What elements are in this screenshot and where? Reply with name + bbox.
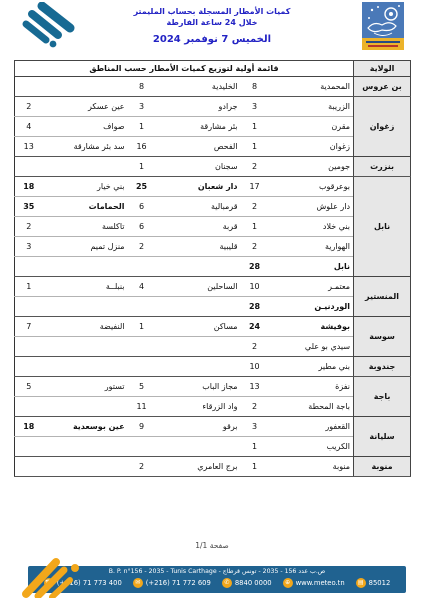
rain-value-cell: 2 xyxy=(15,97,43,117)
rain-value-cell xyxy=(128,257,156,277)
region-name-cell xyxy=(43,257,128,277)
table-title-header: قائمة أولية لتوزيع كميات الأمطار حسب الم… xyxy=(15,61,354,77)
region-name-cell xyxy=(156,337,241,357)
region-name-cell: بنبلــة xyxy=(43,277,128,297)
rainfall-bulletin-page: { "header": { "title_line1": "كميات الأم… xyxy=(0,0,424,600)
region-name-cell: قليبية xyxy=(156,237,241,257)
region-name-cell: سجنان xyxy=(156,157,241,177)
footer-contact-item: ✉(+216) 71 772 609 xyxy=(133,578,211,588)
region-name-cell: عين بوسعدية xyxy=(43,417,128,437)
region-name-cell: الفحص xyxy=(156,137,241,157)
region-name-cell: بني خيار xyxy=(43,177,128,197)
rain-value-cell: 16 xyxy=(128,137,156,157)
rain-table-body: بن عروسالمحمدية8الخليدية8زغوانالزريبة3جر… xyxy=(15,77,411,477)
table-row: الكريب1 xyxy=(15,437,411,457)
rain-value-cell: 2 xyxy=(241,397,269,417)
rain-value-cell: 28 xyxy=(241,297,269,317)
region-name-cell: قرمبالية xyxy=(156,197,241,217)
rain-value-cell xyxy=(128,297,156,317)
rain-value-cell: 9 xyxy=(128,417,156,437)
sms-icon: ▤ xyxy=(356,578,366,588)
rain-value-cell: 1 xyxy=(128,117,156,137)
table-row: باجةنفزة13مجاز الباب5تستور5 xyxy=(15,377,411,397)
region-name-cell: الهوارية xyxy=(269,237,354,257)
rain-value-cell: 28 xyxy=(241,257,269,277)
table-row: سيدي بو علي2 xyxy=(15,337,411,357)
rain-value-cell: 1 xyxy=(241,437,269,457)
region-name-cell: تاكلسة xyxy=(43,217,128,237)
title-block: كميات الأمطار المسجلة بحساب المليمتر خلا… xyxy=(90,6,334,45)
fax-icon: ✉ xyxy=(133,578,143,588)
region-name-cell: الوردنيـن xyxy=(269,297,354,317)
rain-value-cell: 3 xyxy=(241,97,269,117)
meteorology-institute-emblem xyxy=(362,2,404,50)
rain-value-cell xyxy=(128,437,156,457)
region-name-cell: صواف xyxy=(43,117,128,137)
rain-value-cell: 5 xyxy=(128,377,156,397)
table-row: نابلبوعرقوب17دار شعبان25بني خيار18 xyxy=(15,177,411,197)
table-row: زغوانالزريبة3جرادو3عين عسكر2 xyxy=(15,97,411,117)
region-name-cell xyxy=(156,357,241,377)
rain-value-cell xyxy=(15,357,43,377)
region-name-cell: تستور xyxy=(43,377,128,397)
region-name-cell xyxy=(156,297,241,317)
region-name-cell: مساكن xyxy=(156,317,241,337)
region-name-cell: دار علوش xyxy=(269,197,354,217)
region-name-cell: بئر مشارقة xyxy=(156,117,241,137)
table-row: سليانةالقعفور3برقو9عين بوسعدية18 xyxy=(15,417,411,437)
region-name-cell: برقو xyxy=(156,417,241,437)
governorate-cell: منوبة xyxy=(354,457,411,477)
region-name-cell xyxy=(43,357,128,377)
mobile-icon: ✆ xyxy=(222,578,232,588)
footer-contact-item: ✆8840 0000 xyxy=(222,578,272,588)
rain-value-cell xyxy=(15,297,43,317)
contact-text: 85012 xyxy=(369,579,391,587)
table-row: باجة المحطة2واد الزرقاء11 xyxy=(15,397,411,417)
table-row: مقرن1بئر مشارقة1صواف4 xyxy=(15,117,411,137)
rain-value-cell: 2 xyxy=(128,237,156,257)
contact-text: www.meteo.tn xyxy=(296,579,345,587)
report-date: الخميس 7 نوفمبر 2024 xyxy=(90,34,334,45)
table-row: نابل28 xyxy=(15,257,411,277)
region-name-cell: جومين xyxy=(269,157,354,177)
rain-value-cell: 18 xyxy=(15,177,43,197)
region-name-cell xyxy=(43,457,128,477)
table-row: المنستيرمعتمـر10الساحلين4بنبلــة1 xyxy=(15,277,411,297)
region-name-cell: المحمدية xyxy=(269,77,354,97)
contact-text: (+216) 71 772 609 xyxy=(146,579,211,587)
rain-value-cell: 1 xyxy=(128,317,156,337)
rain-value-cell: 13 xyxy=(241,377,269,397)
region-name-cell xyxy=(43,397,128,417)
rain-value-cell: 2 xyxy=(241,157,269,177)
rain-value-cell: 6 xyxy=(128,217,156,237)
rain-value-cell: 4 xyxy=(15,117,43,137)
rain-value-cell: 18 xyxy=(15,417,43,437)
table-row: الهوارية2قليبية2منزل تميم3 xyxy=(15,237,411,257)
region-name-cell: جرادو xyxy=(156,97,241,117)
region-name-cell: نابل xyxy=(269,257,354,277)
rain-value-cell xyxy=(15,257,43,277)
rain-value-cell xyxy=(15,437,43,457)
rain-value-cell: 1 xyxy=(241,117,269,137)
rain-value-cell: 5 xyxy=(15,377,43,397)
region-name-cell: دار شعبان xyxy=(156,177,241,197)
region-name-cell: منوبة xyxy=(269,457,354,477)
rain-value-cell: 11 xyxy=(128,397,156,417)
footer-contact-item: ⊕www.meteo.tn xyxy=(283,578,345,588)
region-name-cell xyxy=(43,297,128,317)
rain-value-cell: 1 xyxy=(241,137,269,157)
rain-value-cell: 2 xyxy=(15,217,43,237)
rain-value-cell: 4 xyxy=(128,277,156,297)
governorate-cell: جندوبة xyxy=(354,357,411,377)
table-header-row: الولاية قائمة أولية لتوزيع كميات الأمطار… xyxy=(15,61,411,77)
region-name-cell: الخليدية xyxy=(156,77,241,97)
governorate-cell: سليانة xyxy=(354,417,411,457)
rain-value-cell: 7 xyxy=(15,317,43,337)
rain-value-cell: 1 xyxy=(241,217,269,237)
rain-value-cell: 1 xyxy=(15,277,43,297)
rain-value-cell: 2 xyxy=(128,457,156,477)
table-row: منوبةمنوبة1برج العامري2 xyxy=(15,457,411,477)
region-name-cell xyxy=(43,437,128,457)
region-name-cell xyxy=(43,157,128,177)
table-row: جندوبةبني مطير10 xyxy=(15,357,411,377)
rain-value-cell xyxy=(15,157,43,177)
governorate-cell: بن عروس xyxy=(354,77,411,97)
rain-value-cell: 25 xyxy=(128,177,156,197)
region-name-cell: سد بئر مشارقة xyxy=(43,137,128,157)
rain-value-cell: 2 xyxy=(241,337,269,357)
governorate-cell: سوسة xyxy=(354,317,411,357)
governorate-cell: بنزرت xyxy=(354,157,411,177)
rain-value-cell: 1 xyxy=(241,457,269,477)
region-name-cell: باجة المحطة xyxy=(269,397,354,417)
region-name-cell: بوفيشة xyxy=(269,317,354,337)
region-name-cell: مقرن xyxy=(269,117,354,137)
table-row: الوردنيـن28 xyxy=(15,297,411,317)
rain-value-cell: 35 xyxy=(15,197,43,217)
rain-value-cell: 3 xyxy=(15,237,43,257)
footer-diagonal-stripes xyxy=(18,554,90,598)
rain-value-cell: 13 xyxy=(15,137,43,157)
region-name-cell: معتمـر xyxy=(269,277,354,297)
contact-text: 8840 0000 xyxy=(235,579,272,587)
region-name-cell: منزل تميم xyxy=(43,237,128,257)
rain-value-cell: 8 xyxy=(241,77,269,97)
table-row: دار علوش2قرمبالية6الحمامات35 xyxy=(15,197,411,217)
rain-value-cell xyxy=(15,77,43,97)
region-name-cell: قربة xyxy=(156,217,241,237)
region-name-cell: الزريبة xyxy=(269,97,354,117)
rain-value-cell: 1 xyxy=(128,157,156,177)
region-name-cell xyxy=(43,77,128,97)
region-name-cell: زغوان xyxy=(269,137,354,157)
region-name-cell: برج العامري xyxy=(156,457,241,477)
table-row: بن عروسالمحمدية8الخليدية8 xyxy=(15,77,411,97)
rain-value-cell: 3 xyxy=(241,417,269,437)
region-name-cell: الحمامات xyxy=(43,197,128,217)
report-title-line2: خلال 24 ساعة الفارطة xyxy=(90,17,334,28)
rain-value-cell: 2 xyxy=(241,237,269,257)
region-name-cell: واد الزرقاء xyxy=(156,397,241,417)
rain-value-cell: 10 xyxy=(241,357,269,377)
rain-value-cell: 17 xyxy=(241,177,269,197)
region-name-cell: القعفور xyxy=(269,417,354,437)
region-name-cell: الساحلين xyxy=(156,277,241,297)
globe-icon: ⊕ xyxy=(283,578,293,588)
rain-value-cell xyxy=(15,397,43,417)
rain-value-cell: 8 xyxy=(128,77,156,97)
region-name-cell: بني خلاد xyxy=(269,217,354,237)
footer-contact-item: ▤85012 xyxy=(356,578,391,588)
page-number-label: صفحة 1/1 xyxy=(0,541,424,550)
region-name-cell xyxy=(156,437,241,457)
governorate-column-header: الولاية xyxy=(354,61,411,77)
table-row: بنزرتجومين2سجنان1 xyxy=(15,157,411,177)
region-name-cell xyxy=(43,337,128,357)
rainfall-table: الولاية قائمة أولية لتوزيع كميات الأمطار… xyxy=(14,60,411,477)
region-name-cell: بني مطير xyxy=(269,357,354,377)
governorate-cell: زغوان xyxy=(354,97,411,157)
region-name-cell: الكريب xyxy=(269,437,354,457)
region-name-cell: مجاز الباب xyxy=(156,377,241,397)
rain-value-cell: 6 xyxy=(128,197,156,217)
rain-value-cell xyxy=(128,357,156,377)
region-name-cell: بوعرقوب xyxy=(269,177,354,197)
governorate-cell: المنستير xyxy=(354,277,411,317)
table-row: سوسةبوفيشة24مساكن1النفيضة7 xyxy=(15,317,411,337)
rain-value-cell xyxy=(128,337,156,357)
governorate-cell: نابل xyxy=(354,177,411,277)
rain-value-cell xyxy=(15,337,43,357)
governorate-cell: باجة xyxy=(354,377,411,417)
rain-value-cell: 10 xyxy=(241,277,269,297)
region-name-cell: سيدي بو علي xyxy=(269,337,354,357)
table-row: زغوان1الفحص16سد بئر مشارقة13 xyxy=(15,137,411,157)
inm-diagonal-logo xyxy=(20,2,84,48)
region-name-cell: نفزة xyxy=(269,377,354,397)
rain-value-cell: 2 xyxy=(241,197,269,217)
region-name-cell xyxy=(156,257,241,277)
document-header: كميات الأمطار المسجلة بحساب المليمتر خلا… xyxy=(0,0,424,58)
rain-value-cell xyxy=(15,457,43,477)
region-name-cell: عين عسكر xyxy=(43,97,128,117)
rain-value-cell: 24 xyxy=(241,317,269,337)
report-title-line1: كميات الأمطار المسجلة بحساب المليمتر xyxy=(90,6,334,17)
table-row: بني خلاد1قربة6تاكلسة2 xyxy=(15,217,411,237)
region-name-cell: النفيضة xyxy=(43,317,128,337)
rain-value-cell: 3 xyxy=(128,97,156,117)
